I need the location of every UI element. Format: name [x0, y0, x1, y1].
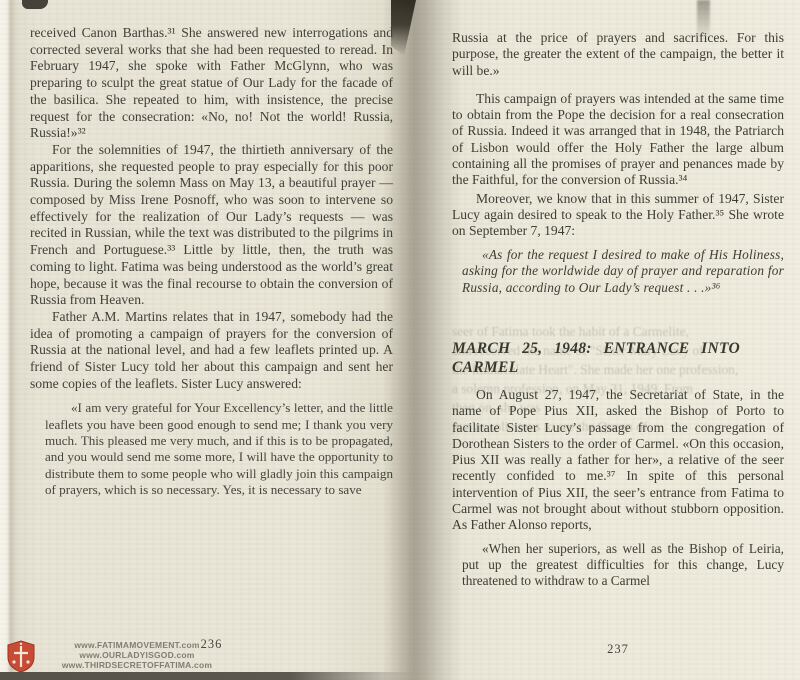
scan-artifact-gutter-top	[391, 0, 416, 56]
scan-artifact-top-left	[22, 0, 48, 9]
block-quote: «I am very grateful for Your Excellency’…	[45, 400, 393, 498]
watermark-url: www.OURLADYISGOD.com	[41, 650, 233, 660]
paragraph: This campaign of prayers was intended at…	[452, 91, 784, 189]
watermark-block: www.FATIMAMOVEMENT.com www.OURLADYISGOD.…	[6, 640, 233, 678]
paragraph: For the solemnities of 1947, the thirtie…	[30, 142, 393, 309]
paragraph: On August 27, 1947, the Secretariat of S…	[452, 387, 784, 534]
watermark-url: www.THIRDSECRETOFFATIMA.com	[41, 660, 233, 670]
page-number-right: 237	[452, 642, 784, 657]
paragraph: received Canon Barthas.³¹ She answered n…	[30, 25, 393, 142]
paragraph: Father A.M. Martins relates that in 1947…	[30, 309, 393, 393]
book-scan: received Canon Barthas.³¹ She answered n…	[0, 0, 800, 680]
fatima-crest-shield-icon	[6, 640, 36, 678]
right-page-text-column: Russia at the price of prayers and sacri…	[452, 30, 784, 589]
watermark-url: www.FATIMAMOVEMENT.com	[41, 640, 233, 650]
block-quote: «When her superiors, as well as the Bish…	[462, 541, 784, 590]
paragraph: Russia at the price of prayers and sacri…	[452, 30, 784, 79]
left-page-text-column: received Canon Barthas.³¹ She answered n…	[30, 25, 393, 498]
block-quote-italic: «As for the request I desired to make of…	[462, 247, 784, 297]
watermark-urls: www.FATIMAMOVEMENT.com www.OURLADYISGOD.…	[41, 640, 233, 670]
section-heading: MARCH 25, 1948: ENTRANCE INTO CARMEL	[452, 339, 740, 378]
paragraph: Moreover, we know that in this summer of…	[452, 191, 784, 240]
